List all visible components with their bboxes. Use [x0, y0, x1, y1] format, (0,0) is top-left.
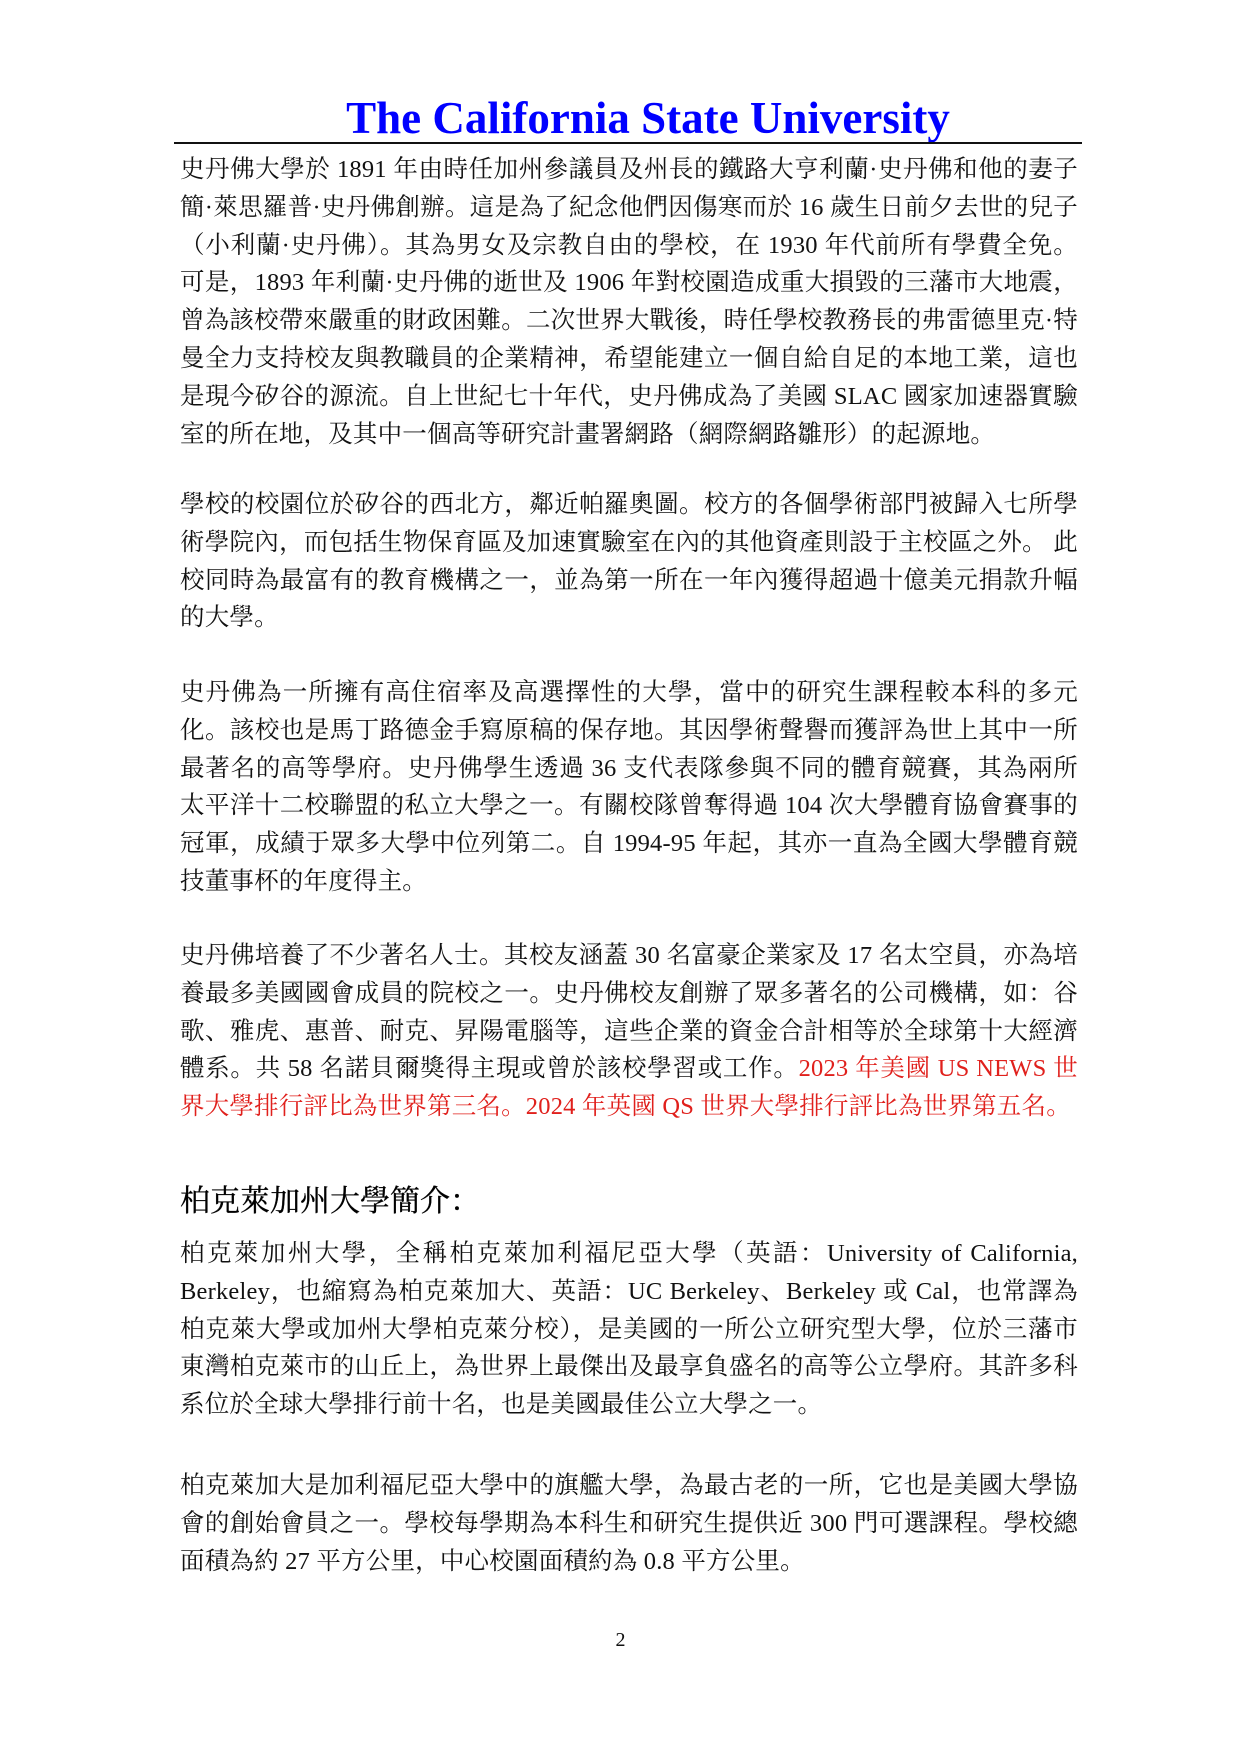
paragraph-text: 柏克萊加州大學，全稱柏克萊加利福尼亞大學（英語：University of Ca…	[180, 1240, 1078, 1418]
paragraph-text: 史丹佛為一所擁有高住宿率及高選擇性的大學，當中的研究生課程較本科的多元化。該校也…	[180, 679, 1078, 895]
paragraph-stanford-alumni: 史丹佛培養了不少著名人士。其校友涵蓋 30 名富豪企業家及 17 名太空員，亦為…	[180, 937, 1078, 1126]
paragraph-text: 柏克萊加大是加利福尼亞大學中的旗艦大學，為最古老的一所，它也是美國大學協會的創始…	[180, 1472, 1078, 1575]
page-title: The California State University	[174, 94, 1082, 142]
page-number: 2	[0, 1628, 1241, 1652]
paragraph-stanford-campus: 學校的校園位於矽谷的西北方，鄰近帕羅奧圖。校方的各個學術部門被歸入七所學術學院內…	[180, 486, 1078, 637]
title-underline-divider	[174, 142, 1082, 144]
paragraph-stanford-academics-sports: 史丹佛為一所擁有高住宿率及高選擇性的大學，當中的研究生課程較本科的多元化。該校也…	[180, 674, 1078, 901]
paragraph-text: 史丹佛大學於 1891 年由時任加州參議員及州長的鐵路大亨利蘭·史丹佛和他的妻子…	[180, 156, 1078, 448]
section-heading-berkeley: 柏克萊加州大學簡介：	[180, 1183, 480, 1221]
paragraph-text: 學校的校園位於矽谷的西北方，鄰近帕羅奧圖。校方的各個學術部門被歸入七所學術學院內…	[180, 491, 1078, 631]
paragraph-berkeley-flagship: 柏克萊加大是加利福尼亞大學中的旗艦大學，為最古老的一所，它也是美國大學協會的創始…	[180, 1467, 1078, 1580]
paragraph-stanford-history: 史丹佛大學於 1891 年由時任加州參議員及州長的鐵路大亨利蘭·史丹佛和他的妻子…	[180, 151, 1078, 453]
paragraph-berkeley-intro: 柏克萊加州大學，全稱柏克萊加利福尼亞大學（英語：University of Ca…	[180, 1235, 1078, 1424]
